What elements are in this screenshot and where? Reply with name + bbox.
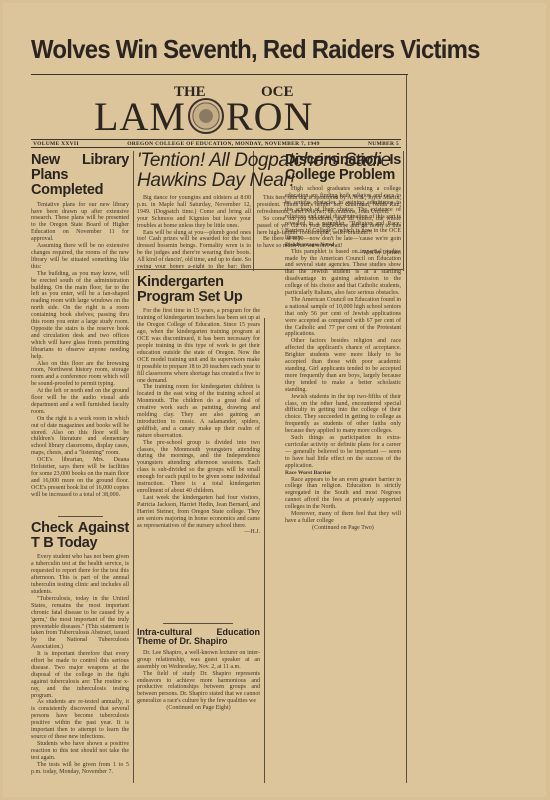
paragraph: For the first time in 15 years, a progra… <box>137 308 260 384</box>
paragraph: Also on this floor are the browsing room… <box>31 361 129 389</box>
paragraph: Other factors besides religion and race … <box>285 338 401 393</box>
article-kindergarten: Kindergarten Program Set Up For the firs… <box>137 275 260 620</box>
column-rule <box>133 151 134 783</box>
paragraph: Race appears to be an even greater barri… <box>285 477 401 512</box>
masthead-name-left: LAM <box>94 93 186 140</box>
continued-link[interactable]: (Continued on Page Eight) <box>137 705 260 712</box>
section-rule <box>58 516 103 517</box>
paragraph: Jewish students in the top two-fifths of… <box>285 394 401 435</box>
paragraph: The pre-school group is divided into two… <box>137 440 260 495</box>
paragraph: Assuming there will be no extensive chan… <box>31 243 129 271</box>
column-rule <box>406 75 407 783</box>
paragraph: As students are re-tested annually, it i… <box>31 699 129 740</box>
paragraph: At the left or north end on the ground f… <box>31 388 129 416</box>
subhead: Race Worst Barrier <box>285 470 401 477</box>
paragraph: On the right is a work room in which out… <box>31 416 129 457</box>
paragraph: Such things as participation in extra-cu… <box>285 435 401 470</box>
banner-headline: Wolves Win Seventh, Red Raiders Victims <box>31 34 476 65</box>
subhead: Disadvantages Noted <box>285 242 401 249</box>
continued-link[interactable]: (Continued on Page Two) <box>285 525 401 532</box>
paragraph: The American Council on Education found … <box>285 297 401 338</box>
issue-number: NUMBER 5 <box>368 141 399 147</box>
signature: —H.J. <box>137 529 260 536</box>
kindergarten-headline: Kindergarten Program Set Up <box>137 275 260 305</box>
paragraph: Last week the kindergarten had four visi… <box>137 495 260 530</box>
article-discrimination: Discrimination Is College Problem High s… <box>285 153 401 768</box>
paragraph: The building, as you may know, will be e… <box>31 271 129 361</box>
discrimination-headline: Discrimination Is College Problem <box>285 153 401 183</box>
dateline-center: OREGON COLLEGE OF EDUCATION, MONDAY, NOV… <box>127 141 319 147</box>
masthead-name-right: RON <box>226 93 313 140</box>
newspaper-page: Wolves Win Seventh, Red Raiders Victims … <box>3 3 546 797</box>
shapiro-headline: Intra-cultural Education Theme of Dr. Sh… <box>137 628 260 647</box>
library-headline: New Library Plans Completed <box>31 153 129 199</box>
paragraph: The tests will be given from 1 to 5 p.m.… <box>31 762 129 776</box>
paragraph: "Tuberculosis, today in the United State… <box>31 596 129 651</box>
paragraph: This pamphlet is based on impartial stud… <box>285 249 401 297</box>
article-sadie-col1: Big dance for youngins and oldsters at 8… <box>137 195 251 268</box>
section-rule <box>163 623 233 624</box>
volume-label: VOLUME XXVII <box>33 141 79 147</box>
paragraph: The training room for kindergarten child… <box>137 384 260 439</box>
masthead: THE OCE LAMRON <box>91 81 381 133</box>
masthead-title: LAMRON <box>94 93 313 140</box>
tb-headline: Check Against T B Today <box>31 521 129 551</box>
column-rule <box>264 318 265 783</box>
college-seal-icon <box>188 98 224 134</box>
paragraph: OCE's librarian, Mrs. Deana Hofstetter, … <box>31 457 129 498</box>
paragraph: Dr. Lee Shapiro, a well-known lecturer o… <box>137 650 260 671</box>
paragraph: High school graduates seeking a college … <box>285 186 401 241</box>
article-shapiro: Intra-cultural Education Theme of Dr. Sh… <box>137 628 260 778</box>
column-rule <box>403 151 404 271</box>
article-library: New Library Plans Completed Tentative pl… <box>31 153 129 508</box>
paragraph: Students who have shown a positive react… <box>31 741 129 762</box>
paragraph: Tentative plans for our new library have… <box>31 202 129 243</box>
headline-rule <box>31 74 408 75</box>
paragraph: Every student who has not been given a t… <box>31 554 129 595</box>
dateline: VOLUME XXVII OREGON COLLEGE OF EDUCATION… <box>31 139 401 148</box>
paragraph: Big dance for youngins and oldsters at 8… <box>137 195 251 230</box>
paragraph: Eats will be slung at you—plumb good one… <box>137 230 251 268</box>
paragraph: It is important therefore that every eff… <box>31 651 129 699</box>
paragraph: Moreover, many of them feel that they wi… <box>285 511 401 525</box>
article-tb: Check Against T B Today Every student wh… <box>31 521 129 783</box>
paragraph: The field of study Dr. Shapiro represent… <box>137 671 260 706</box>
